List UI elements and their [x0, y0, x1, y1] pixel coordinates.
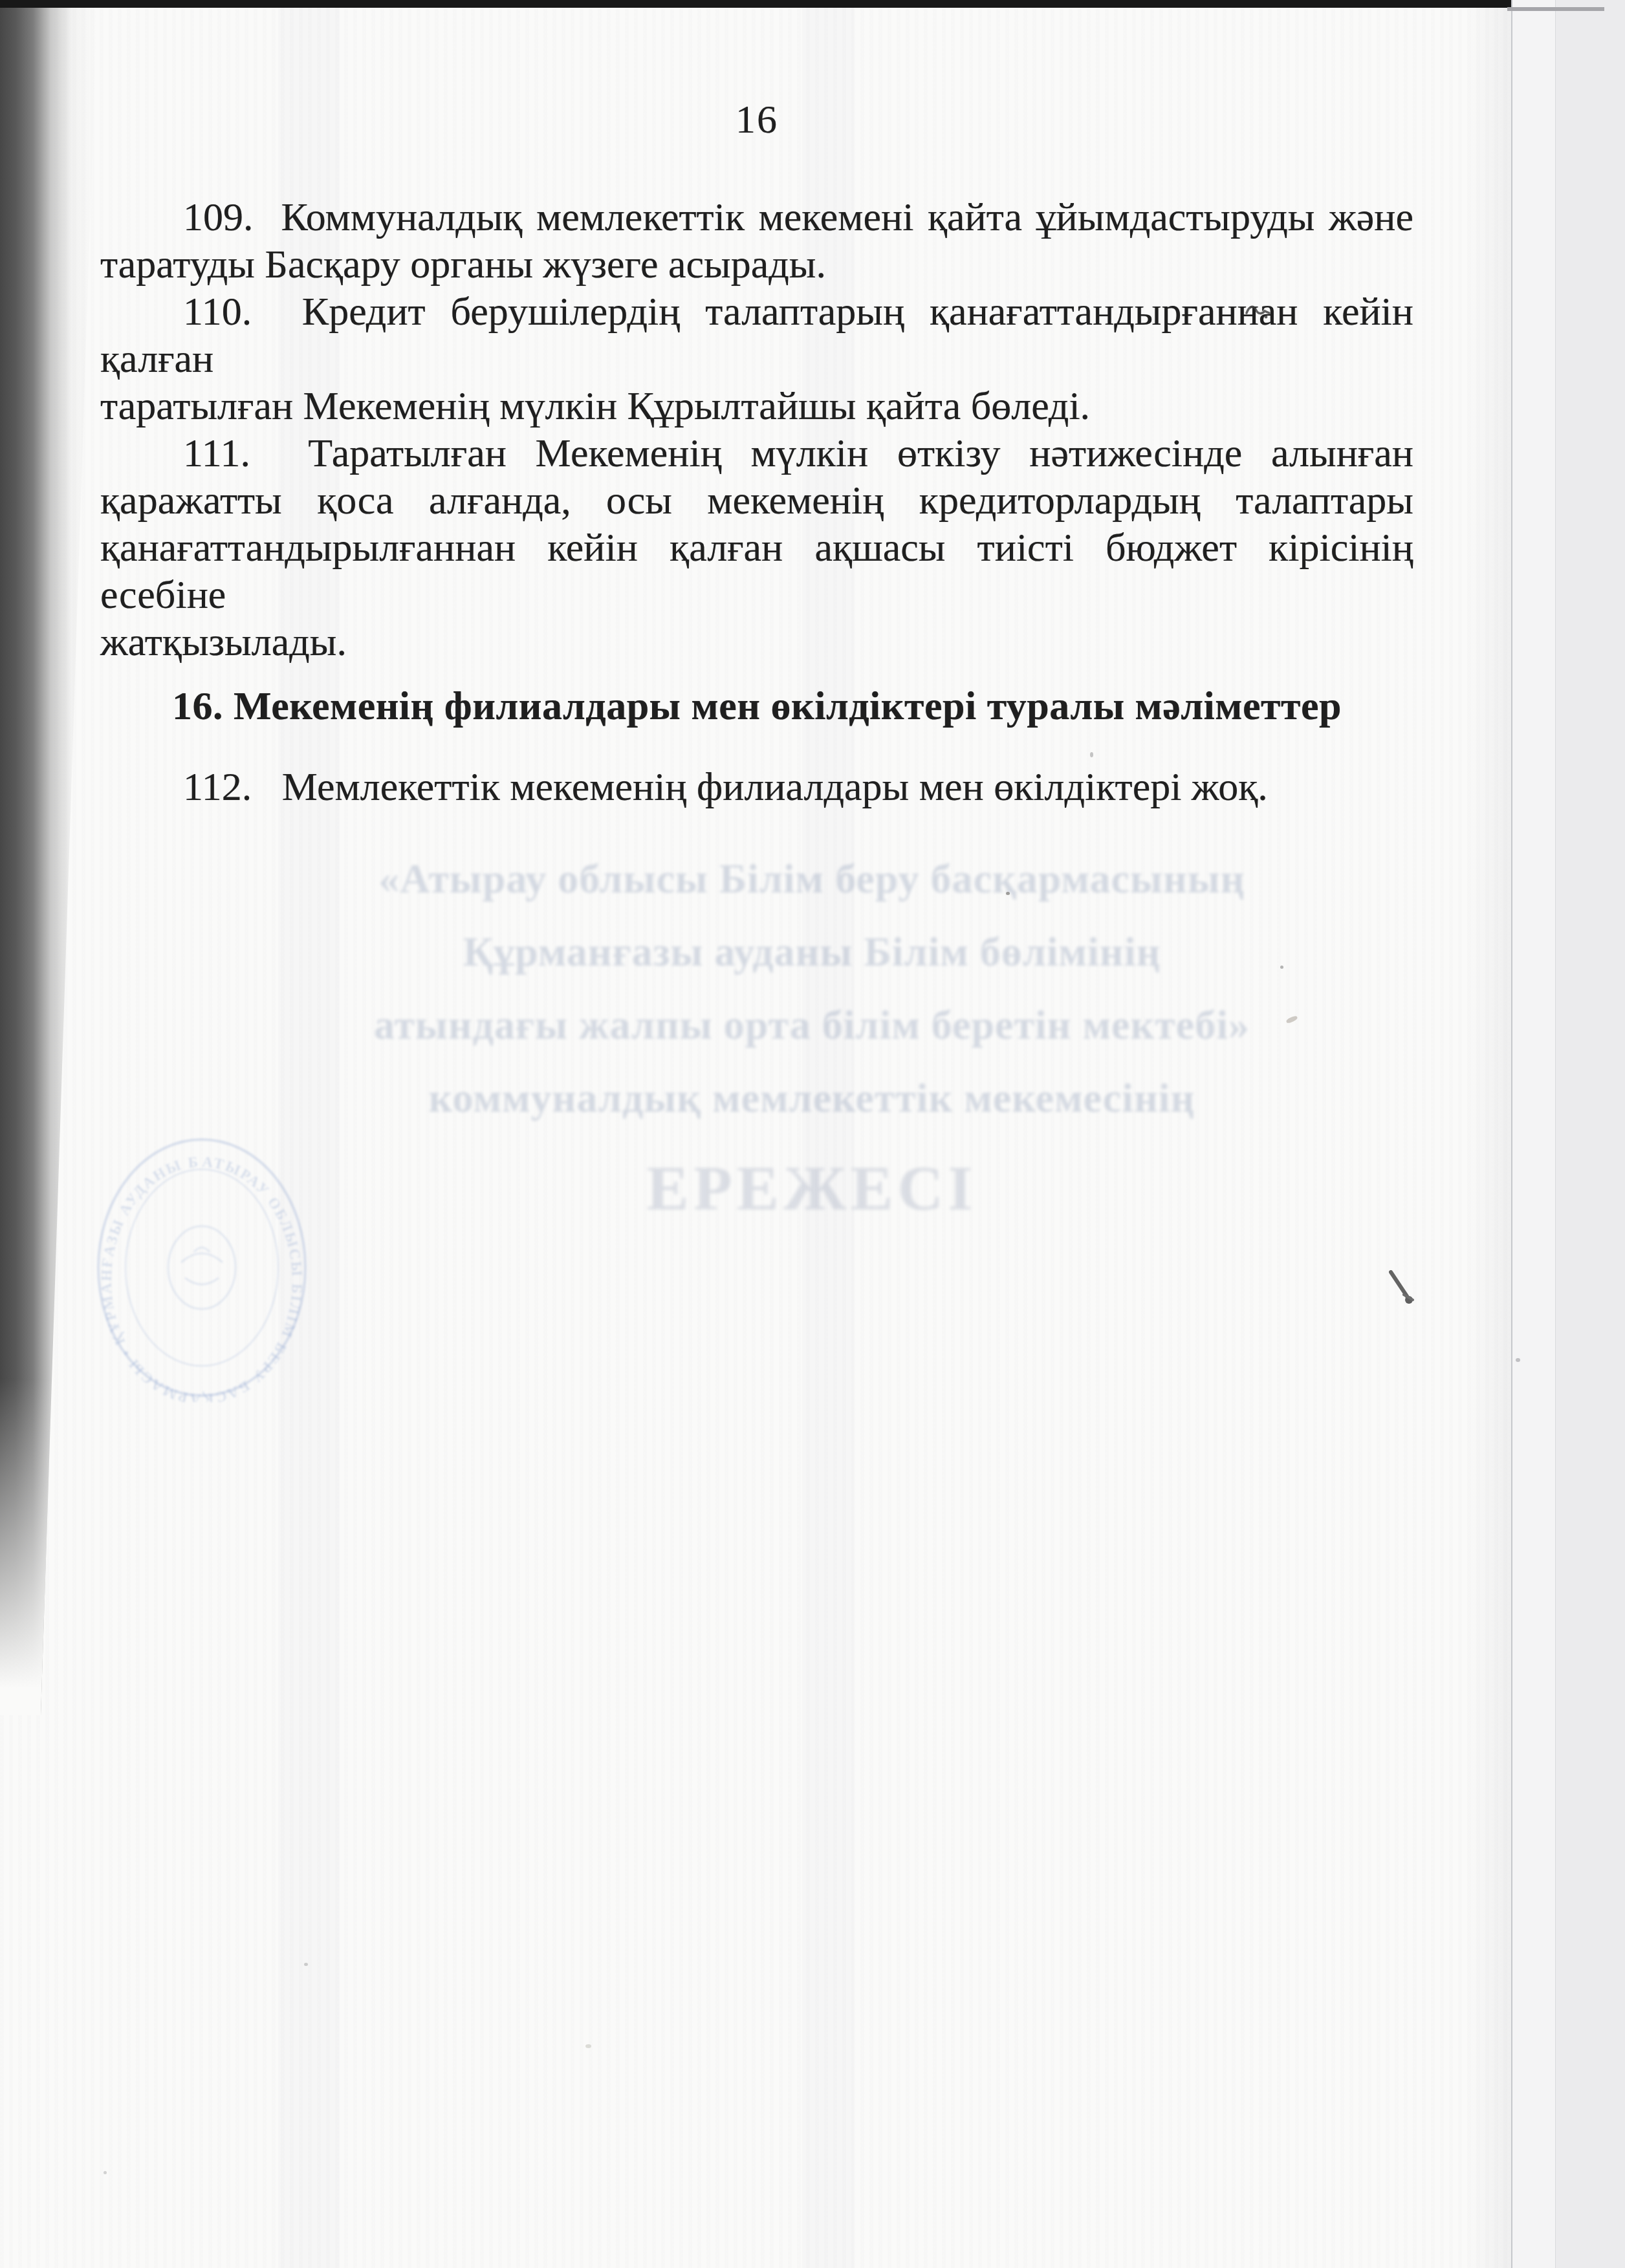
paragraph-110: 110. Кредит берушілердің талаптарың қана…: [100, 288, 1413, 430]
top-edge-shadow-line: [1507, 7, 1604, 11]
text-line: 110. Кредит берушілердің талаптарың қана…: [100, 288, 1413, 383]
dust-speck: [1516, 1358, 1520, 1362]
section-heading: 16. Мекеменің филиалдары мен өкілдіктері…: [100, 683, 1413, 730]
paragraph-109: 109. Коммуналдық мемлекеттік мекемені қа…: [100, 194, 1413, 288]
body-paragraphs: 109. Коммуналдық мемлекеттік мекемені қа…: [100, 194, 1413, 666]
dust-speck: [104, 2171, 107, 2174]
text-line: қанағаттандырылғаннан кейін қалған ақшас…: [100, 524, 1413, 619]
page-right-edge-band: [1511, 0, 1556, 2268]
text-line: 111. Таратылған Мекеменің мүлкін өткізу …: [100, 430, 1413, 477]
pen-mark: [1384, 1269, 1423, 1314]
scanned-document: «Атырау облысы Білім беру басқармасыныңҚ…: [0, 0, 1625, 2268]
scanner-top-edge: [0, 0, 1511, 8]
page-number: 16: [100, 97, 1413, 143]
text-line: жатқызылады.: [100, 619, 1413, 666]
text-line: таратылған Мекеменің мүлкін Құрылтайшы қ…: [100, 383, 1413, 430]
text-line: қаражатты қоса алғанда, осы мекеменің кр…: [100, 477, 1413, 524]
dust-speck: [1280, 966, 1283, 969]
dust-speck: [1006, 892, 1010, 895]
ink-scribble: [1245, 301, 1273, 323]
dust-speck: [304, 1963, 308, 1966]
dust-speck: [1090, 752, 1093, 757]
paragraph-112: 112. Мемлекеттік мекеменің филиалдары ме…: [100, 764, 1413, 811]
text-line: таратуды Басқару органы жүзеге асырады.: [100, 241, 1413, 288]
text-line: 109. Коммуналдық мемлекеттік мекемені қа…: [100, 194, 1413, 241]
dust-speck: [585, 2044, 591, 2048]
paragraph-111: 111. Таратылған Мекеменің мүлкін өткізу …: [100, 430, 1413, 666]
body-text: 109. Коммуналдық мемлекеттік мекемені қа…: [100, 194, 1413, 811]
